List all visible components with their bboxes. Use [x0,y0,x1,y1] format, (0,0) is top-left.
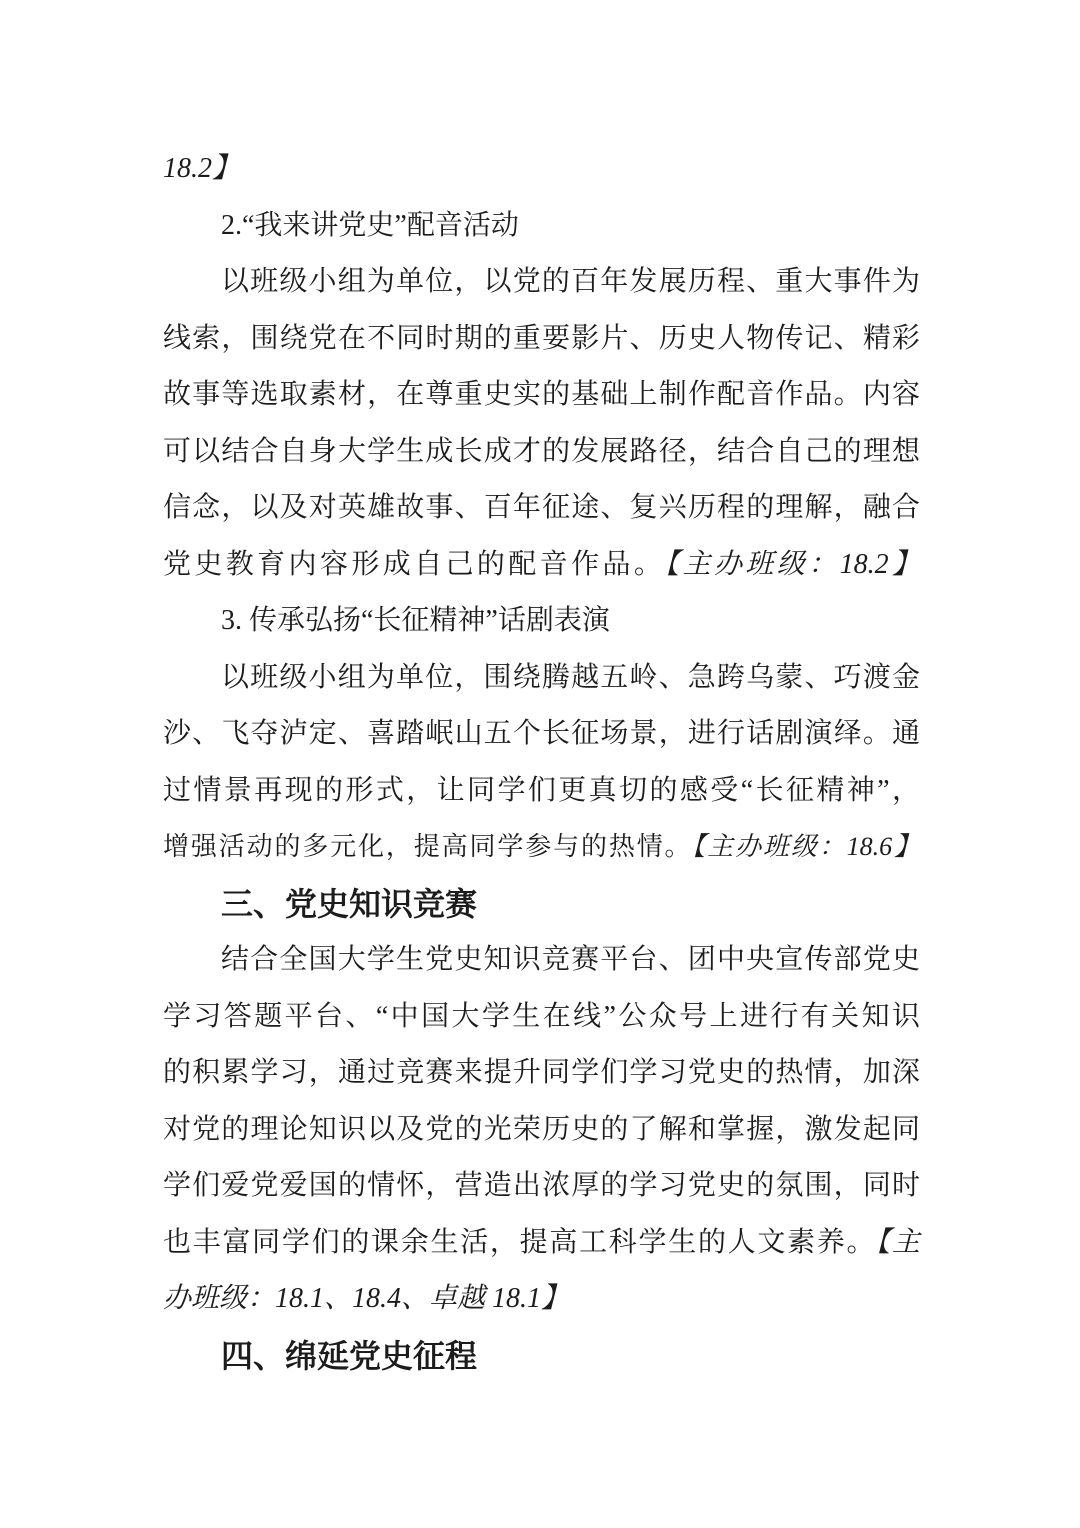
text-line: 结合全国大学生党史知识竞赛平台、团中央宣传部党史 [163,932,920,989]
text-segment: 党史教育内容形成自己的配音作品。 [163,549,665,580]
text-line: 的积累学习，通过竞赛来提升同学们学习党史的热情，加深 [163,1045,920,1102]
text-line: 也丰富同学们的课余生活，提高工科学生的人文素养。【主 [163,1215,920,1272]
document-page: 18.2】 2.“我来讲党史”配音活动 以班级小组为单位，以党的百年发展历程、重… [0,0,1080,1528]
item-3-title: 3. 传承弘扬“长征精神”话剧表演 [163,593,920,650]
host-class-tag: 【主办班级：18.2】 [665,549,920,580]
text-line: 以班级小组为单位，以党的百年发展历程、重大事件为 [163,254,920,311]
text-line: 线索，围绕党在不同时期的重要影片、历史人物传记、精彩 [163,311,920,368]
bracket-continuation-line: 18.2】 [163,141,920,198]
text-line: 党史教育内容形成自己的配音作品。【主办班级：18.2】 [163,537,920,594]
text-line: 增强活动的多元化，提高同学参与的热情。【主办班级：18.6】 [163,819,920,876]
text-line: 学习答题平台、“中国大学生在线”公众号上进行有关知识 [163,989,920,1046]
section-heading-3: 三、党史知识竞赛 [163,876,920,933]
text-line: 可以结合自身大学生成长成才的发展路径，结合自己的理想 [163,424,920,481]
text-line: 对党的理论知识以及党的光荣历史的了解和掌握，激发起同 [163,1102,920,1159]
host-class-tag: 【主 [876,1227,920,1258]
text-line: 以班级小组为单位，围绕腾越五岭、急跨乌蒙、巧渡金 [163,650,920,707]
text-segment: 增强活动的多元化，提高同学参与的热情。 [163,832,692,861]
text-line: 过情景再现的形式，让同学们更真切的感受“长征精神”， [163,763,920,820]
text-line: 学们爱党爱国的情怀，营造出浓厚的学习党史的氛围，同时 [163,1158,920,1215]
host-class-tag: 【主办班级：18.6】 [692,832,920,861]
text-segment: 也丰富同学们的课余生活，提高工科学生的人文素养。 [163,1227,876,1258]
text-line: 故事等选取素材，在尊重史实的基础上制作配音作品。内容 [163,367,920,424]
section-heading-4: 四、绵延党史征程 [163,1328,920,1385]
bracket-continuation-line: 办班级：18.1、18.4、卓越 18.1】 [163,1271,920,1328]
item-2-title: 2.“我来讲党史”配音活动 [163,198,920,255]
text-line: 信念，以及对英雄故事、百年征途、复兴历程的理解，融合 [163,480,920,537]
text-line: 沙、飞夺泸定、喜踏岷山五个长征场景，进行话剧演绎。通 [163,706,920,763]
